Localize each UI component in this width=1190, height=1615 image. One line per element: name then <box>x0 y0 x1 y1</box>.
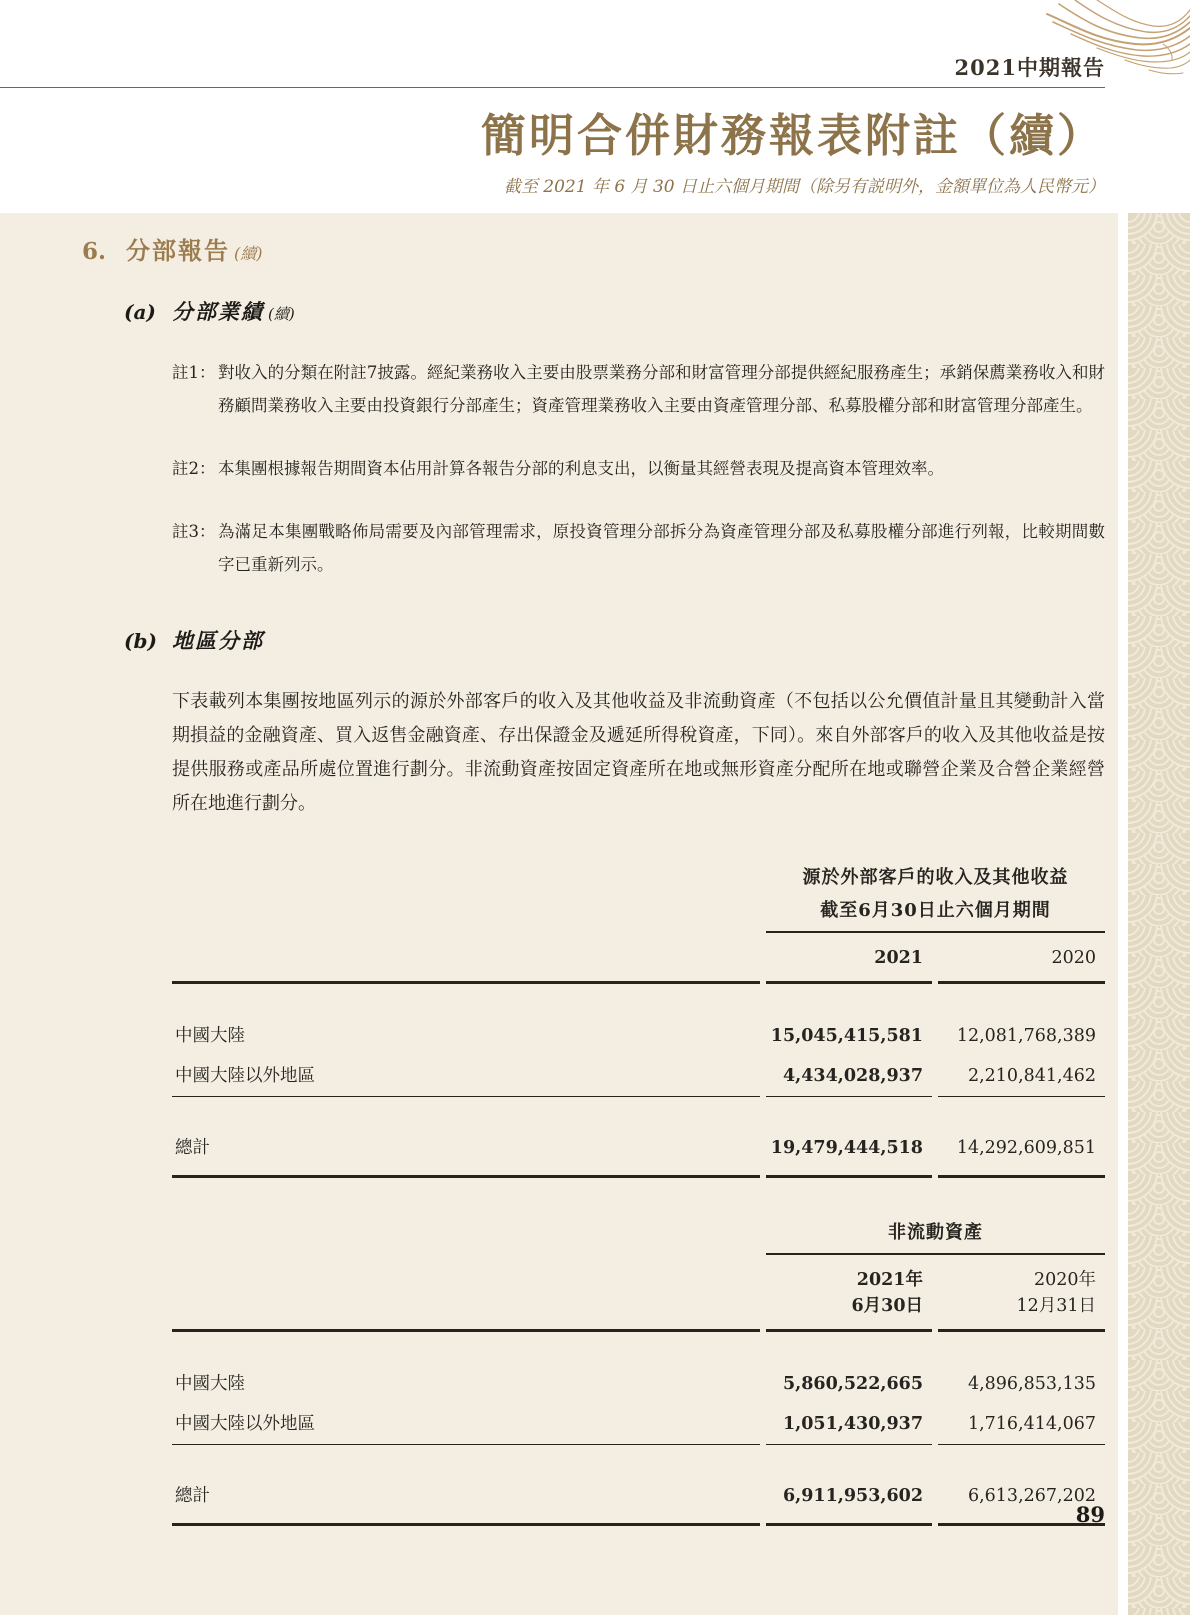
revenue-table-group-header: 源於外部客戶的收入及其他收益 <box>766 863 1105 896</box>
assets-total-2021: 6,911,953,602 <box>766 1473 932 1526</box>
note-3-text: 為滿足本集團戰略佈局需要及內部管理需求，原投資管理分部拆分為資產管理分部及私募股… <box>218 515 1105 581</box>
revenue-table: 源於外部客戶的收入及其他收益 截至6月30日止六個月期間 2021 2020 中… <box>172 863 1105 1178</box>
subsection-a-label: (a) <box>124 300 172 324</box>
subsection-b-title: 地區分部 <box>172 628 264 653</box>
note-1-label: 註1： <box>172 356 218 422</box>
page-subtitle: 截至 2021 年 6 月 30 日止六個月期間（除另有説明外，金額單位為人民幣… <box>504 172 1105 197</box>
subsection-b-label: (b) <box>124 629 172 653</box>
assets-row-mainland-label: 中國大陸 <box>172 1364 760 1404</box>
noncurrent-assets-col-2021-year: 2021年 <box>766 1255 932 1293</box>
note-3-label: 註3： <box>172 515 218 581</box>
table-spacer <box>172 984 1105 1016</box>
revenue-row-mainland-2021: 15,045,415,581 <box>766 1016 932 1056</box>
noncurrent-assets-group-header: 非流動資產 <box>766 1218 1105 1255</box>
revenue-row-mainland-2020: 12,081,768,389 <box>938 1016 1105 1056</box>
revenue-table-col-2020: 2020 <box>938 933 1105 984</box>
revenue-total-2020: 14,292,609,851 <box>938 1125 1105 1178</box>
noncurrent-assets-table: 非流動資產 2021年 2020年 6月30日 12月31日 中國大陸 5,86… <box>172 1218 1105 1526</box>
note-1-text: 對收入的分類在附註7披露。經紀業務收入主要由股票業務分部和財富管理分部提供經紀服… <box>218 356 1105 422</box>
subsection-a-title: 分部業績 <box>172 299 264 324</box>
assets-row-mainland-2021: 5,860,522,665 <box>766 1364 932 1404</box>
noncurrent-assets-header-spacer <box>172 1293 760 1332</box>
revenue-table-header-spacer <box>172 933 760 984</box>
subsection-a-heading: (a)分部業績(續) <box>124 296 1118 326</box>
assets-row-outside-2021: 1,051,430,937 <box>766 1404 932 1445</box>
header-rule <box>0 87 1105 88</box>
noncurrent-assets-col-2020-year: 2020年 <box>938 1255 1105 1293</box>
content-area: 6.分部報告(續) (a)分部業績(續) 註1： 對收入的分類在附註7披露。經紀… <box>0 213 1118 1615</box>
revenue-row-outside-label: 中國大陸以外地區 <box>172 1056 760 1097</box>
table-spacer <box>172 1097 1105 1125</box>
note-2-label: 註2： <box>172 452 218 485</box>
revenue-table-period-header: 截至6月30日止六個月期間 <box>766 896 1105 933</box>
assets-row-outside-label: 中國大陸以外地區 <box>172 1404 760 1445</box>
table-spacer <box>172 1332 1105 1364</box>
report-badge: 2021中期報告 <box>955 52 1105 82</box>
report-page: 2021中期報告 簡明合併財務報表附註（續） 截至 2021 年 6 月 30 … <box>0 0 1190 1615</box>
subsection-a-continued-label: (續) <box>268 305 295 323</box>
noncurrent-assets-header-spacer <box>172 1255 760 1293</box>
subsection-b-heading: (b)地區分部 <box>124 625 1118 655</box>
revenue-total-label: 總計 <box>172 1125 760 1178</box>
revenue-table-col-2021: 2021 <box>766 933 932 984</box>
note-3: 註3： 為滿足本集團戰略佈局需要及內部管理需求，原投資管理分部拆分為資產管理分部… <box>172 515 1105 581</box>
note-2-text: 本集團根據報告期間資本佔用計算各報告分部的利息支出，以衡量其經營表現及提高資本管… <box>218 452 1105 485</box>
noncurrent-assets-col-2020-date: 12月31日 <box>938 1293 1105 1332</box>
assets-row-mainland-2020: 4,896,853,135 <box>938 1364 1105 1404</box>
table-spacer <box>172 1445 1105 1473</box>
page-title: 簡明合併財務報表附註（續） <box>481 99 1105 164</box>
revenue-row-outside-2020: 2,210,841,462 <box>938 1056 1105 1097</box>
section-heading: 6.分部報告(續) <box>82 231 1118 266</box>
note-2: 註2： 本集團根據報告期間資本佔用計算各報告分部的利息支出，以衡量其經營表現及提… <box>172 452 1105 485</box>
section-title: 分部報告 <box>126 236 230 265</box>
assets-row-outside-2020: 1,716,414,067 <box>938 1404 1105 1445</box>
revenue-row-mainland-label: 中國大陸 <box>172 1016 760 1056</box>
revenue-row-outside-2021: 4,434,028,937 <box>766 1056 932 1097</box>
noncurrent-assets-col-2021-date: 6月30日 <box>766 1293 932 1332</box>
assets-total-label: 總計 <box>172 1473 760 1526</box>
section-number: 6. <box>82 238 126 265</box>
section-continued-label: (續) <box>234 244 263 263</box>
seigaiha-pattern-strip <box>1128 213 1190 1615</box>
geographic-segments-paragraph: 下表載列本集團按地區列示的源於外部客戶的收入及其他收益及非流動資產（不包括以公允… <box>172 685 1105 821</box>
revenue-total-2021: 19,479,444,518 <box>766 1125 932 1178</box>
note-1: 註1： 對收入的分類在附註7披露。經紀業務收入主要由股票業務分部和財富管理分部提… <box>172 356 1105 422</box>
page-number: 89 <box>1076 1502 1105 1527</box>
